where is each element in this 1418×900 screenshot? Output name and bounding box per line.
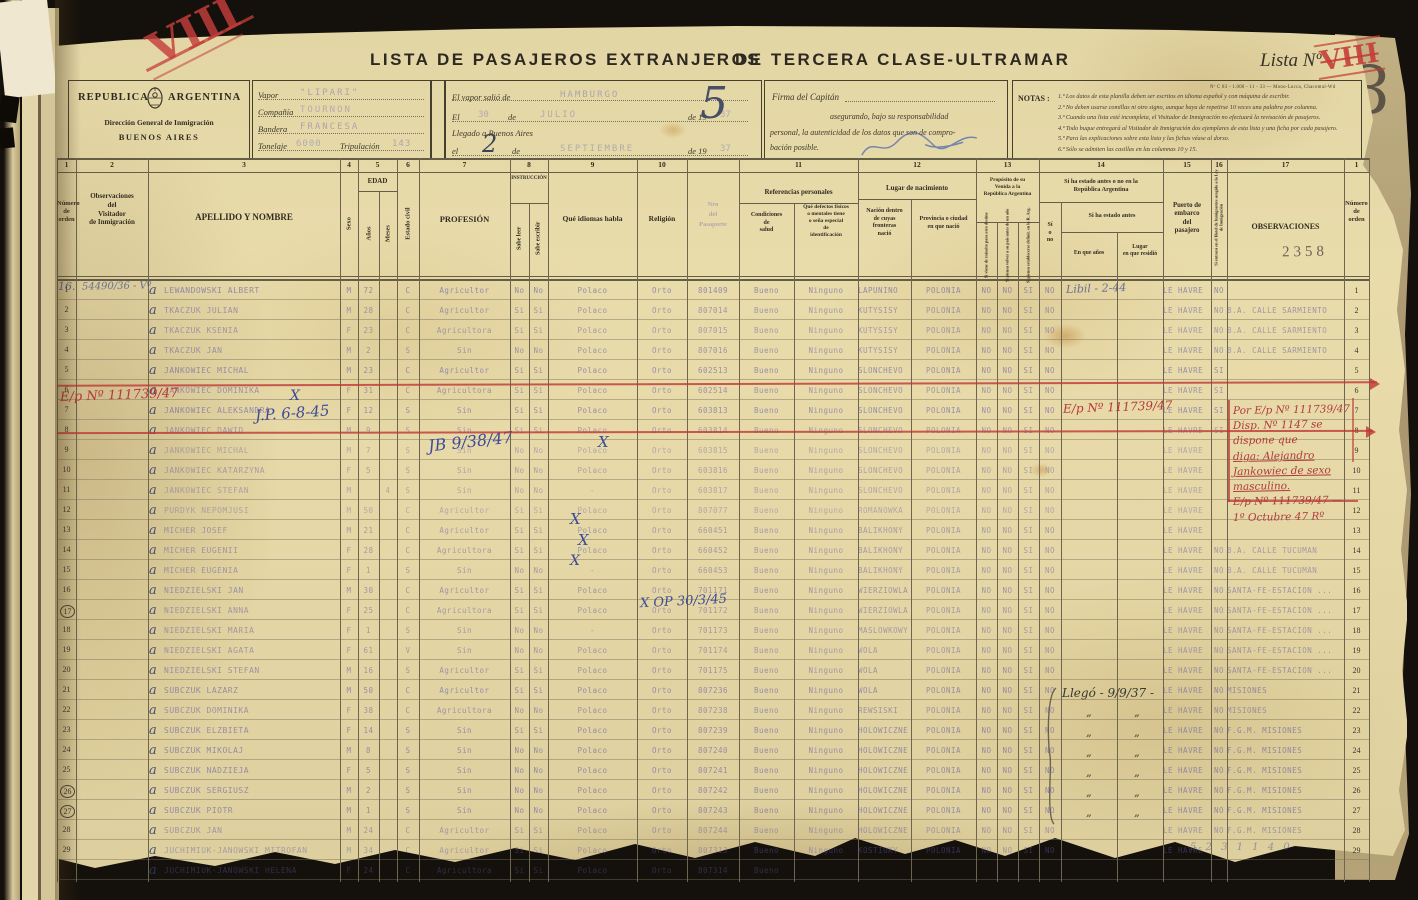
cell-le: No bbox=[510, 746, 529, 755]
cell-q3: SI bbox=[1018, 766, 1039, 775]
column-header-cR: Número de orden bbox=[1344, 200, 1369, 224]
cell-q4: NO bbox=[1039, 666, 1061, 675]
cell-pr: Sin bbox=[419, 646, 510, 655]
cell-na: POLONIA bbox=[911, 806, 976, 815]
cell-ps: 603815 bbox=[687, 446, 739, 455]
cell-ps: 807243 bbox=[687, 806, 739, 815]
cell-q1: NO bbox=[976, 786, 997, 795]
visitador-initial: a bbox=[149, 803, 157, 818]
cell-pu: LE HAVRE bbox=[1163, 786, 1211, 795]
visitador-initial: a bbox=[149, 643, 157, 658]
cell-a: 25 bbox=[358, 606, 379, 615]
column-header-c17: OBSERVACIONES bbox=[1227, 222, 1344, 232]
cell-na: POLONIA bbox=[911, 326, 976, 335]
cell-sx: M bbox=[340, 686, 358, 695]
cell-a: 7 bbox=[358, 446, 379, 455]
cell-q1: NO bbox=[976, 766, 997, 775]
cell-q3: SI bbox=[1018, 386, 1039, 395]
cell-nm: SUBCZUK ELZBIETA bbox=[164, 726, 338, 735]
column-header-c14b1: En que años bbox=[1061, 250, 1117, 257]
cell-idm: Polaco bbox=[548, 866, 637, 875]
row-rule bbox=[57, 479, 1369, 480]
cell-sx: F bbox=[340, 326, 358, 335]
cell-rl: Orto bbox=[637, 866, 687, 875]
visitador-initial: a bbox=[149, 563, 157, 578]
cell-q3: SI bbox=[1018, 366, 1039, 375]
cell-q2: NO bbox=[997, 386, 1018, 395]
red-block-line: Disp. Nº 1147 se dispone que bbox=[1233, 417, 1352, 449]
cell-q3: SI bbox=[1018, 486, 1039, 495]
nota-item: 3.ª Cuando una lista esté incompleta, el… bbox=[1058, 115, 1358, 122]
cell-ec: C bbox=[397, 386, 419, 395]
row-number-right: 6 bbox=[1344, 386, 1369, 395]
hw-ditto: „ bbox=[1086, 806, 1092, 819]
row-rule bbox=[57, 419, 1369, 420]
cell-q1: NO bbox=[976, 846, 997, 855]
cell-ob: B.A. CALLE TUCUMAN bbox=[1227, 546, 1344, 555]
cell-df: Ninguno bbox=[794, 746, 858, 755]
cell-q1: NO bbox=[976, 666, 997, 675]
nota-item: 6.ª Sólo se admiten las casillas en las … bbox=[1058, 147, 1358, 154]
cell-ci: LAPUNINO bbox=[858, 286, 911, 295]
row-rule bbox=[57, 839, 1369, 840]
cell-ec: S bbox=[397, 446, 419, 455]
cell-na: POLONIA bbox=[911, 726, 976, 735]
column-number: 11 bbox=[739, 160, 858, 169]
cell-le: No bbox=[510, 706, 529, 715]
cell-ob: F.G.M. MISIONES bbox=[1227, 786, 1344, 795]
row-number-right: 29 bbox=[1344, 846, 1369, 855]
cell-ps: 807313 bbox=[687, 846, 739, 855]
row-rule bbox=[57, 299, 1369, 300]
table-rule bbox=[1117, 232, 1118, 882]
cell-sx: F bbox=[340, 566, 358, 575]
row-number-right: 26 bbox=[1344, 786, 1369, 795]
cell-pu: LE HAVRE bbox=[1163, 806, 1211, 815]
cell-sl: Bueno bbox=[739, 666, 794, 675]
cell-idm: Polaco bbox=[548, 466, 637, 475]
cell-le: Si bbox=[510, 306, 529, 315]
pencil-brace bbox=[1044, 686, 1058, 826]
cell-q3: SI bbox=[1018, 626, 1039, 635]
hw-jp: J.P. 6-8-45 bbox=[254, 401, 330, 424]
hw-ditto: „ bbox=[1086, 706, 1092, 719]
cell-q4: NO bbox=[1039, 386, 1061, 395]
cell-es: Si bbox=[529, 666, 548, 675]
column-header-c13c: Si piensa establecerse definit. en la R.… bbox=[1026, 200, 1031, 290]
cell-pr: Agricultor bbox=[419, 846, 510, 855]
cell-sx: M bbox=[340, 286, 358, 295]
cell-le: Si bbox=[510, 546, 529, 555]
cell-sl: Bueno bbox=[739, 486, 794, 495]
column-header-c10: Religión bbox=[637, 214, 687, 223]
cell-ec: C bbox=[397, 366, 419, 375]
cell-q2: NO bbox=[997, 766, 1018, 775]
cell-ob: SANTA-FE-ESTACION ... bbox=[1227, 586, 1344, 595]
ship-vapor-value: "LIPARI" bbox=[300, 88, 359, 98]
row-number-right: 14 bbox=[1344, 546, 1369, 555]
cell-le: Si bbox=[510, 526, 529, 535]
cell-a: 9 bbox=[358, 426, 379, 435]
cell-ob: F.G.M. MISIONES bbox=[1227, 826, 1344, 835]
visitador-initial: a bbox=[149, 603, 157, 618]
cell-pr: Sin bbox=[419, 806, 510, 815]
cell-rl: Orto bbox=[637, 666, 687, 675]
cell-a: 5 bbox=[358, 766, 379, 775]
cell-ci: KUTYSISY bbox=[858, 306, 911, 315]
row-number-right: 17 bbox=[1344, 606, 1369, 615]
row-rule bbox=[57, 539, 1369, 540]
column-number: 9 bbox=[548, 160, 637, 169]
cell-na: POLONIA bbox=[911, 386, 976, 395]
cell-ec: S bbox=[397, 466, 419, 475]
cell-sl: Bueno bbox=[739, 306, 794, 315]
cell-nm: JANKOWIEC MICHAL bbox=[164, 366, 338, 375]
cell-q1: NO bbox=[976, 326, 997, 335]
cell-rl: Orto bbox=[637, 766, 687, 775]
cell-ci: HOLOWICZNE bbox=[858, 826, 911, 835]
cell-idm: Polaco bbox=[548, 406, 637, 415]
cell-na: POLONIA bbox=[911, 706, 976, 715]
cell-ec: S bbox=[397, 746, 419, 755]
cell-na: POLONIA bbox=[911, 346, 976, 355]
cell-ec: C bbox=[397, 306, 419, 315]
cell-ci: REWSISKI bbox=[858, 706, 911, 715]
cell-rl: Orto bbox=[637, 646, 687, 655]
cell-a: 28 bbox=[358, 546, 379, 555]
cell-q1: NO bbox=[976, 566, 997, 575]
cell-pr: Sin bbox=[419, 766, 510, 775]
cell-q2: NO bbox=[997, 706, 1018, 715]
column-header-c5: EDAD bbox=[358, 177, 397, 186]
cell-idm: Polaco bbox=[548, 286, 637, 295]
cell-pr: Agricultor bbox=[419, 526, 510, 535]
visitador-initial: a bbox=[149, 583, 157, 598]
cell-ci: SLONCHEVO bbox=[858, 386, 911, 395]
visitador-initial: a bbox=[149, 623, 157, 638]
column-header-c14b: Si ha estado antes bbox=[1061, 212, 1163, 220]
cell-q2: NO bbox=[997, 286, 1018, 295]
row-rule bbox=[57, 659, 1369, 660]
cell-sl: Bueno bbox=[739, 286, 794, 295]
cell-q4: NO bbox=[1039, 826, 1061, 835]
cell-ps: 807241 bbox=[687, 766, 739, 775]
cell-sl: Bueno bbox=[739, 546, 794, 555]
cell-ps: 807014 bbox=[687, 306, 739, 315]
cell-ps: 807239 bbox=[687, 726, 739, 735]
column-header-c1: Número de orden bbox=[57, 200, 76, 224]
column-number: 3 bbox=[148, 160, 340, 169]
ship-tripulacion-value: 143 bbox=[392, 139, 411, 149]
row-rule bbox=[57, 819, 1369, 820]
column-header-c7: PROFESIÓN bbox=[419, 214, 510, 225]
cell-q1: NO bbox=[976, 646, 997, 655]
row-number-left: 22 bbox=[57, 705, 76, 714]
cell-sx: F bbox=[340, 726, 358, 735]
cell-pu: LE HAVRE bbox=[1163, 726, 1211, 735]
cell-ci: SLONCHEVO bbox=[858, 486, 911, 495]
cell-pu: LE HAVRE bbox=[1163, 306, 1211, 315]
cell-rl: Orto bbox=[637, 786, 687, 795]
rule bbox=[258, 133, 424, 134]
cell-ec: S bbox=[397, 666, 419, 675]
table-rule bbox=[358, 191, 397, 192]
cell-df: Ninguno bbox=[794, 486, 858, 495]
cell-ci: SLONCHEVO bbox=[858, 406, 911, 415]
column-header-c14: Si ha estado antes o no en la República … bbox=[1039, 178, 1163, 194]
hw-ditto: „ bbox=[1134, 706, 1140, 719]
row-number-left: 21 bbox=[57, 685, 76, 694]
cell-ec: S bbox=[397, 766, 419, 775]
cell-nm: TKACZUK JULIAN bbox=[164, 306, 338, 315]
cell-df: Ninguno bbox=[794, 566, 858, 575]
cell-rl: Orto bbox=[637, 846, 687, 855]
nota-item: 1.ª Los datos de esta planilla deben ser… bbox=[1058, 94, 1358, 101]
cell-idm: Polaco bbox=[548, 526, 637, 535]
cell-a: 5 bbox=[358, 466, 379, 475]
cell-ci: WOLA bbox=[858, 646, 911, 655]
cell-nm: JUCHIMIUK-JANOWSKI MITROFAN bbox=[164, 846, 338, 855]
cell-ob: B.A. CALLE SARMIENTO bbox=[1227, 326, 1344, 335]
table-rule bbox=[57, 172, 1369, 173]
cell-sl: Bueno bbox=[739, 686, 794, 695]
column-number: 13 bbox=[976, 160, 1039, 169]
cell-ho: NO bbox=[1211, 626, 1227, 635]
cell-q4: NO bbox=[1039, 346, 1061, 355]
cell-pu: LE HAVRE bbox=[1163, 526, 1211, 535]
cell-idm: Polaco bbox=[548, 546, 637, 555]
cell-a: 72 bbox=[358, 286, 379, 295]
cell-idm: Polaco bbox=[548, 506, 637, 515]
cell-pu: LE HAVRE bbox=[1163, 566, 1211, 575]
cell-rl: Orto bbox=[637, 686, 687, 695]
cell-q1: NO bbox=[976, 486, 997, 495]
cell-le: No bbox=[510, 766, 529, 775]
hw-llego: Llegó - 9/9/37 - bbox=[1062, 686, 1154, 700]
cell-q1: NO bbox=[976, 406, 997, 415]
cell-q2: NO bbox=[997, 606, 1018, 615]
cell-ho: NO bbox=[1211, 746, 1227, 755]
hw-row1-estado: Libil - 2-44 bbox=[1066, 281, 1127, 296]
row-number-left: 7 bbox=[57, 405, 76, 414]
row-rule bbox=[57, 879, 1369, 880]
cell-ho: NO bbox=[1211, 766, 1227, 775]
cell-q2: NO bbox=[997, 346, 1018, 355]
cell-ob: F.G.M. MISIONES bbox=[1227, 806, 1344, 815]
cell-q3: SI bbox=[1018, 826, 1039, 835]
table-rule bbox=[858, 199, 976, 200]
cell-es: Si bbox=[529, 586, 548, 595]
cell-q1: NO bbox=[976, 506, 997, 515]
cell-q3: SI bbox=[1018, 526, 1039, 535]
cell-q4: NO bbox=[1039, 606, 1061, 615]
cell-q1: NO bbox=[976, 626, 997, 635]
row-number-left: 2 bbox=[57, 305, 76, 314]
cell-ob: B.A. CALLE SARMIENTO bbox=[1227, 306, 1344, 315]
red-margin-note: E/p Nº 111739/47 bbox=[60, 386, 179, 405]
cell-q3: SI bbox=[1018, 746, 1039, 755]
cell-pr: Agricultora bbox=[419, 326, 510, 335]
cell-pu: LE HAVRE bbox=[1163, 646, 1211, 655]
cell-ec: C bbox=[397, 506, 419, 515]
cell-df: Ninguno bbox=[794, 646, 858, 655]
cell-nm: SUBCZUK NADZIEJA bbox=[164, 766, 338, 775]
cell-ec: S bbox=[397, 566, 419, 575]
cell-pu: LE HAVRE bbox=[1163, 666, 1211, 675]
cell-ho: NO bbox=[1211, 546, 1227, 555]
cell-ho: SI bbox=[1211, 366, 1227, 375]
nota-item: 5.ª Para las explicaciones sobre esta li… bbox=[1058, 136, 1358, 143]
cell-sx: M bbox=[340, 426, 358, 435]
cell-q1: NO bbox=[976, 826, 997, 835]
nota-item: 4.ª Todo buque entregará al Visitador de… bbox=[1058, 126, 1358, 133]
cell-pu: LE HAVRE bbox=[1163, 686, 1211, 695]
cell-nm: SUBCZUK MIKOLAJ bbox=[164, 746, 338, 755]
column-header-c15: Puerto de embarco del pasajero bbox=[1163, 202, 1211, 236]
cell-ci: WOLA bbox=[858, 666, 911, 675]
voyage-mes2: SEPTIEMBRE bbox=[560, 144, 634, 154]
cell-es: Si bbox=[529, 726, 548, 735]
cell-ec: C bbox=[397, 326, 419, 335]
visitador-initial: a bbox=[149, 303, 157, 318]
cell-df: Ninguno bbox=[794, 606, 858, 615]
cell-na: POLONIA bbox=[911, 766, 976, 775]
row-number-left: 25 bbox=[57, 765, 76, 774]
cell-q3: SI bbox=[1018, 346, 1039, 355]
cell-df: Ninguno bbox=[794, 406, 858, 415]
cell-idm: Polaco bbox=[548, 366, 637, 375]
cell-ob: F.G.M. MISIONES bbox=[1227, 746, 1344, 755]
cell-pr: Sin bbox=[419, 626, 510, 635]
cell-idm: Polaco bbox=[548, 826, 637, 835]
row-number-right: 15 bbox=[1344, 566, 1369, 575]
cell-ec: V bbox=[397, 646, 419, 655]
cell-le: Si bbox=[510, 506, 529, 515]
cell-rl: Orto bbox=[637, 726, 687, 735]
cell-q2: NO bbox=[997, 506, 1018, 515]
cell-es: Si bbox=[529, 866, 548, 875]
argentina-crest-icon bbox=[146, 86, 164, 112]
cell-q3: SI bbox=[1018, 646, 1039, 655]
cell-pr: Agricultor bbox=[419, 506, 510, 515]
cell-le: Si bbox=[510, 826, 529, 835]
row-rule bbox=[57, 379, 1369, 380]
cell-idm: Polaco bbox=[548, 746, 637, 755]
cell-ec: S bbox=[397, 726, 419, 735]
cell-sx: M bbox=[340, 526, 358, 535]
cell-sl: Bueno bbox=[739, 506, 794, 515]
cell-ob: B.A. CALLE TUCUMAN bbox=[1227, 566, 1344, 575]
cell-rl: Orto bbox=[637, 526, 687, 535]
cell-rl: Orto bbox=[637, 566, 687, 575]
cell-le: Si bbox=[510, 846, 529, 855]
cell-nm: MICHER EUGENII bbox=[164, 546, 338, 555]
cell-ho: NO bbox=[1211, 726, 1227, 735]
cell-q2: NO bbox=[997, 466, 1018, 475]
cell-idm: Polaco bbox=[548, 726, 637, 735]
cell-le: No bbox=[510, 806, 529, 815]
rule bbox=[258, 116, 424, 117]
cell-ci: WIERZIOWLA bbox=[858, 606, 911, 615]
notas-label: NOTAS : bbox=[1018, 94, 1050, 103]
cell-df: Ninguno bbox=[794, 706, 858, 715]
row-number-left: 5 bbox=[57, 365, 76, 374]
row-rule bbox=[57, 519, 1369, 520]
cell-sx: M bbox=[340, 506, 358, 515]
row-number-right: 5 bbox=[1344, 366, 1369, 375]
cell-es: No bbox=[529, 766, 548, 775]
row-number-left: 3 bbox=[57, 325, 76, 334]
cell-ec: C bbox=[397, 586, 419, 595]
column-header-c12b: Provincia o ciudad en que nació bbox=[911, 216, 976, 231]
cell-q2: NO bbox=[997, 326, 1018, 335]
cell-sx: M bbox=[340, 446, 358, 455]
cell-q2: NO bbox=[997, 586, 1018, 595]
cell-q2: NO bbox=[997, 746, 1018, 755]
cell-ec: C bbox=[397, 866, 419, 875]
cell-le: No bbox=[510, 566, 529, 575]
visitador-initial: a bbox=[149, 323, 157, 338]
org-name-right: ARGENTINA bbox=[168, 92, 241, 103]
cell-df: Ninguno bbox=[794, 766, 858, 775]
cell-ec: C bbox=[397, 606, 419, 615]
cell-pr: Agricultor bbox=[419, 286, 510, 295]
voyage-salio-value: HAMBURGO bbox=[560, 90, 619, 100]
red-bracket bbox=[1228, 500, 1358, 502]
cell-rl: Orto bbox=[637, 406, 687, 415]
cell-ec: C bbox=[397, 286, 419, 295]
cell-ci: SLONCHEVO bbox=[858, 466, 911, 475]
cell-es: Si bbox=[529, 526, 548, 535]
cell-sl: Bueno bbox=[739, 326, 794, 335]
visitador-initial: a bbox=[149, 843, 157, 858]
cell-rl: Orto bbox=[637, 386, 687, 395]
cell-pu: LE HAVRE bbox=[1163, 546, 1211, 555]
hw-ditto: „ bbox=[1134, 726, 1140, 739]
cell-ho: SI bbox=[1211, 406, 1227, 415]
column-number: 2 bbox=[76, 160, 148, 169]
cell-na: POLONIA bbox=[911, 686, 976, 695]
cell-sl: Bueno bbox=[739, 766, 794, 775]
cell-pr: Agricultor bbox=[419, 826, 510, 835]
cell-q1: NO bbox=[976, 746, 997, 755]
cell-q1: NO bbox=[976, 366, 997, 375]
cell-es: Si bbox=[529, 306, 548, 315]
cell-le: Si bbox=[510, 366, 529, 375]
column-header-c11b: Qué defectos físicos o mentales tiene o … bbox=[794, 204, 858, 238]
cell-sl: Bueno bbox=[739, 366, 794, 375]
cell-nm: NIEDZIELSKI JAN bbox=[164, 586, 338, 595]
cell-ci: BALIKHONY bbox=[858, 546, 911, 555]
cell-q1: NO bbox=[976, 806, 997, 815]
cell-idm: Polaco bbox=[548, 306, 637, 315]
cell-a: 28 bbox=[358, 306, 379, 315]
cell-pu: LE HAVRE bbox=[1163, 766, 1211, 775]
visitador-initial: a bbox=[149, 523, 157, 538]
cell-na: POLONIA bbox=[911, 626, 976, 635]
cell-ec: C bbox=[397, 706, 419, 715]
cell-le: No bbox=[510, 466, 529, 475]
org-name-left: REPUBLICA bbox=[78, 92, 149, 103]
cell-idm: Polaco bbox=[548, 646, 637, 655]
cell-pr: Agricultor bbox=[419, 306, 510, 315]
cell-ci: BALIKHONY bbox=[858, 566, 911, 575]
hw-ditto: „ bbox=[1134, 746, 1140, 759]
column-header-c11: Referencias personales bbox=[739, 188, 858, 197]
cell-rl: Orto bbox=[637, 306, 687, 315]
title-separator: ' bbox=[712, 52, 716, 68]
cell-idm: Polaco bbox=[548, 706, 637, 715]
